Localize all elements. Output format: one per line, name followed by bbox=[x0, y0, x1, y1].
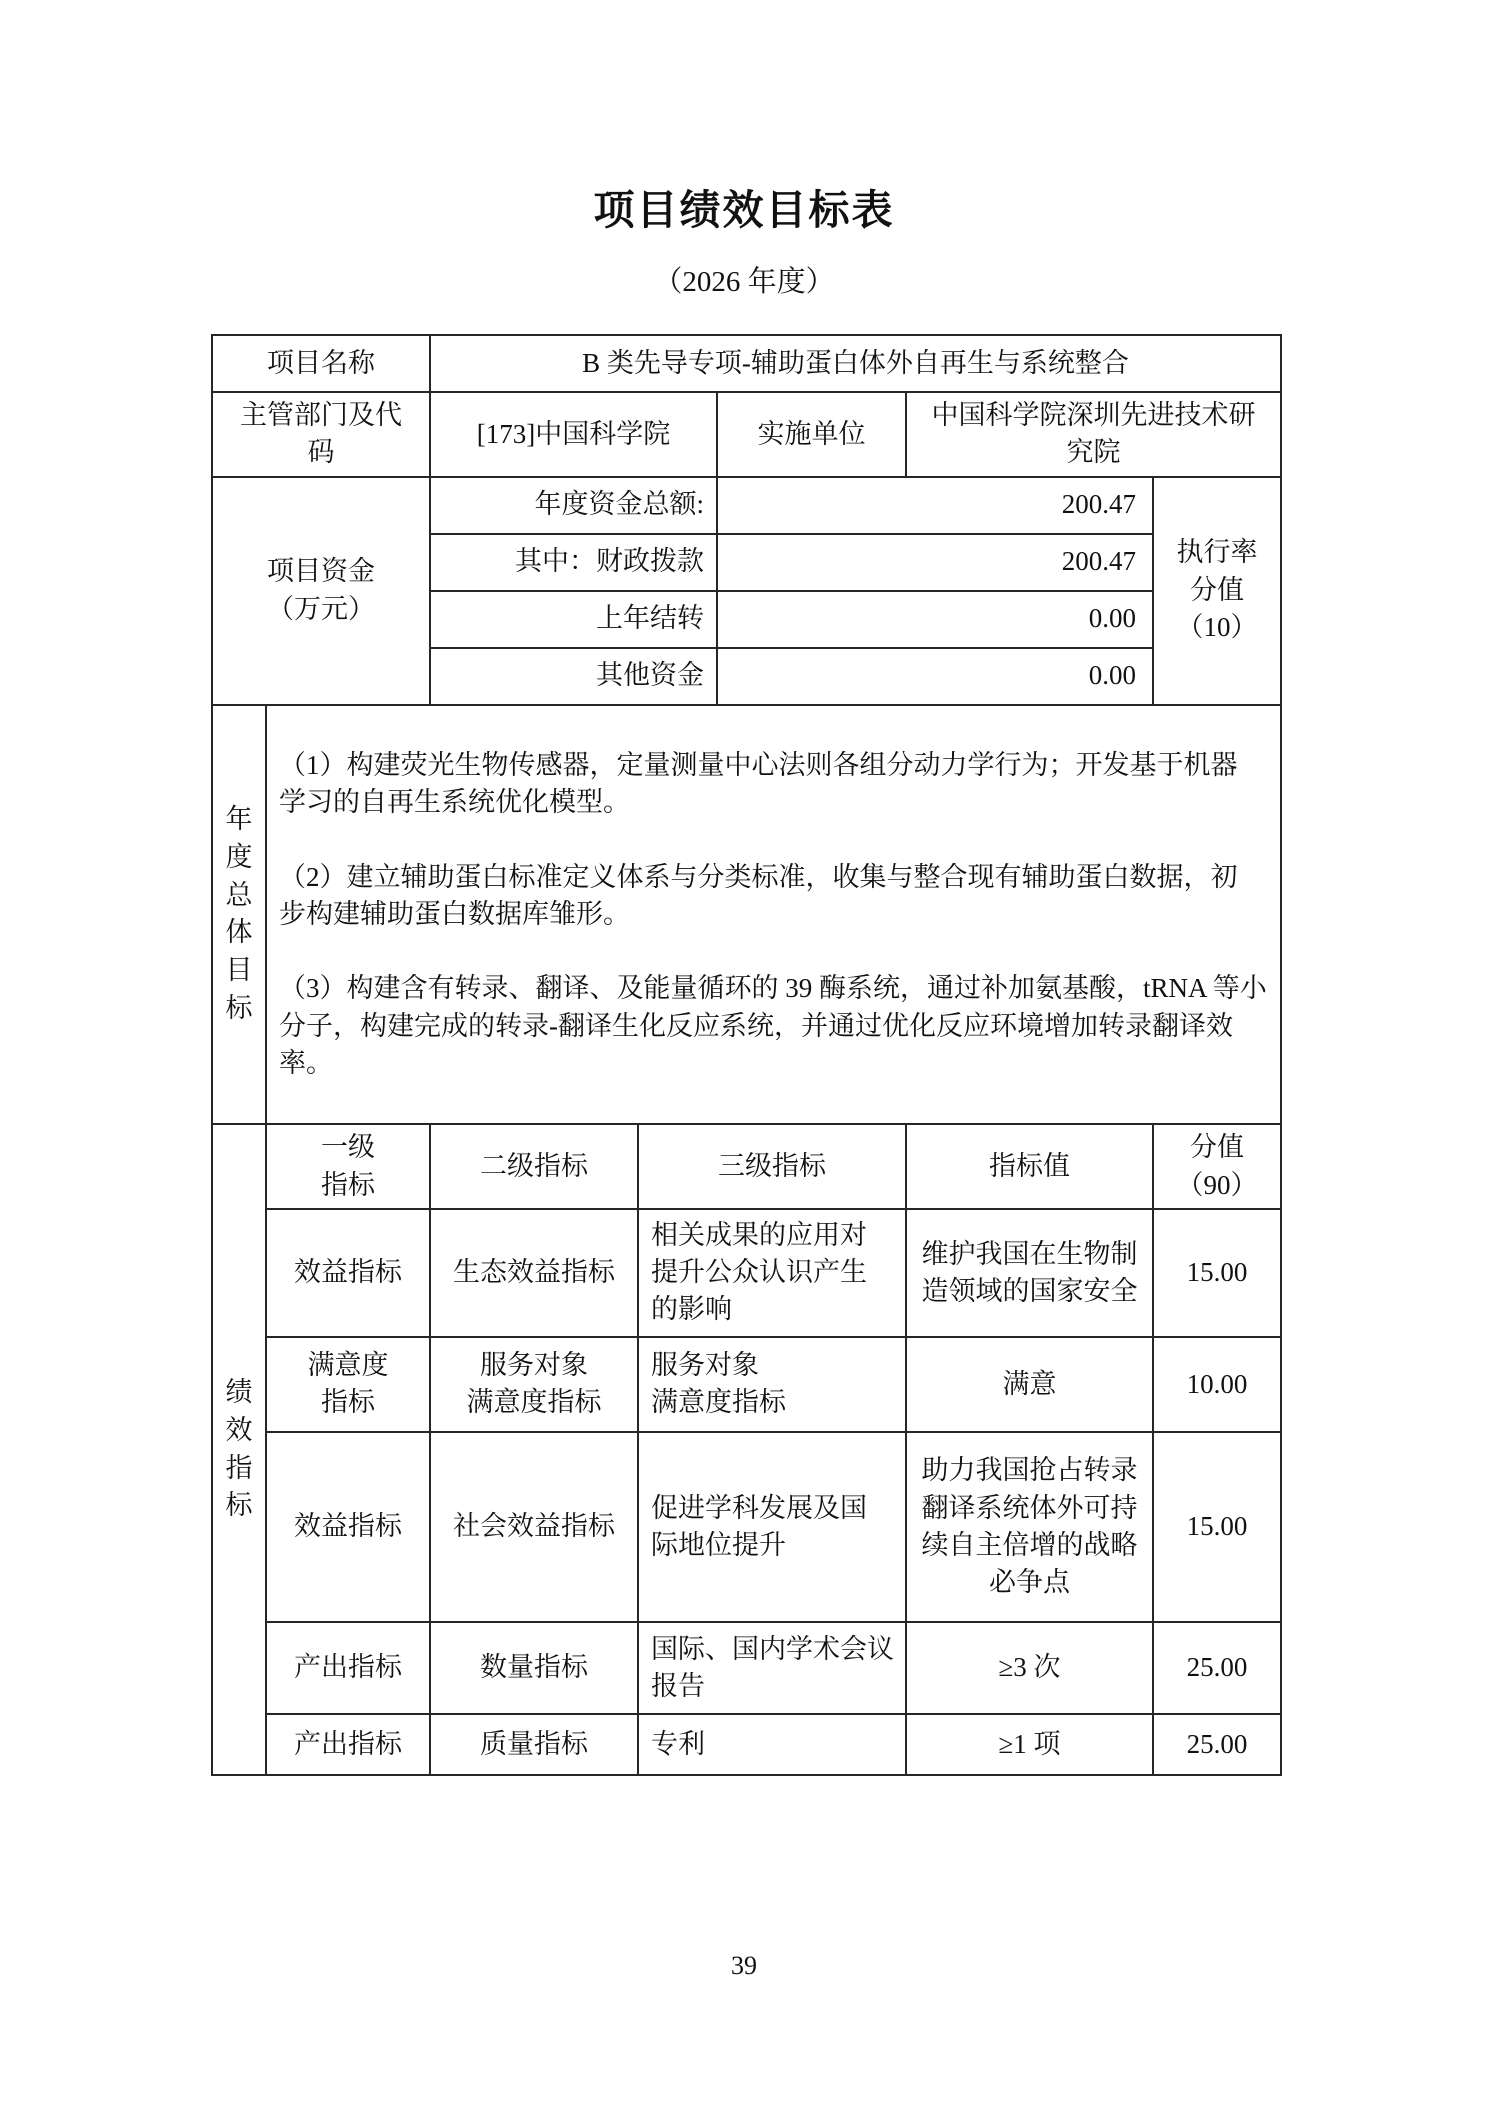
document-page: 项目绩效目标表 （2026 年度） 项目名称 B 类先导专项-辅助蛋白体外自再生… bbox=[0, 0, 1488, 2104]
indicator-row: 效益指标 生态效益指标 相关成果的应用对 提升公众认识产生 的影响 维护我国在生… bbox=[212, 1209, 1281, 1337]
indicator-row: 效益指标 社会效益指标 促进学科发展及国 际地位提升 助力我国抢占转录 翻译系统… bbox=[212, 1432, 1281, 1622]
indicator-score: 15.00 bbox=[1153, 1209, 1281, 1337]
indicator-level2: 数量指标 bbox=[430, 1622, 638, 1714]
indicator-level3: 国际、国内学术会议 报告 bbox=[638, 1622, 906, 1714]
header-level2: 二级指标 bbox=[430, 1124, 638, 1209]
header-score: 分值 （90） bbox=[1153, 1124, 1281, 1209]
indicator-value: 助力我国抢占转录 翻译系统体外可持 续自主倍增的战略 必争点 bbox=[906, 1432, 1153, 1622]
indicators-vertical-text: 绩效指标 bbox=[223, 1374, 254, 1525]
indicator-row: 产出指标 质量指标 专利 ≥1 项 25.00 bbox=[212, 1714, 1281, 1775]
indicator-level3: 相关成果的应用对 提升公众认识产生 的影响 bbox=[638, 1209, 906, 1337]
indicators-header-row: 绩效指标 一级 指标 二级指标 三级指标 指标值 分值 （90） bbox=[212, 1124, 1281, 1209]
department-value: [173]中国科学院 bbox=[430, 392, 717, 477]
implementing-unit-label: 实施单位 bbox=[717, 392, 906, 477]
project-name-label: 项目名称 bbox=[212, 335, 430, 392]
indicator-score: 25.00 bbox=[1153, 1622, 1281, 1714]
funding-item-label: 年度资金总额: bbox=[430, 477, 717, 534]
funding-label: 项目资金 （万元） bbox=[212, 477, 430, 705]
funding-item-value: 0.00 bbox=[717, 591, 1153, 648]
indicator-level3: 服务对象 满意度指标 bbox=[638, 1337, 906, 1432]
indicator-level1: 产出指标 bbox=[266, 1714, 430, 1775]
funding-item-value: 200.47 bbox=[717, 477, 1153, 534]
annual-goal-label: 年度总体目标 bbox=[212, 705, 266, 1125]
project-name-value: B 类先导专项-辅助蛋白体外自再生与系统整合 bbox=[430, 335, 1281, 392]
performance-target-table: 项目名称 B 类先导专项-辅助蛋白体外自再生与系统整合 主管部门及代 码 [17… bbox=[211, 334, 1282, 1776]
indicator-value: 维护我国在生物制 造领域的国家安全 bbox=[906, 1209, 1153, 1337]
indicator-value: ≥3 次 bbox=[906, 1622, 1153, 1714]
indicator-score: 15.00 bbox=[1153, 1432, 1281, 1622]
funding-item-label: 其中：财政拨款 bbox=[430, 534, 717, 591]
funding-item-label: 上年结转 bbox=[430, 591, 717, 648]
page-number: 39 bbox=[0, 1948, 1488, 1984]
indicator-level1: 效益指标 bbox=[266, 1209, 430, 1337]
goal-paragraph: （3）构建含有转录、翻译、及能量循环的 39 酶系统，通过补加氨基酸，tRNA … bbox=[279, 970, 1268, 1082]
implementing-unit-value: 中国科学院深圳先进技术研 究院 bbox=[906, 392, 1281, 477]
funding-row: 项目资金 （万元） 年度资金总额: 200.47 执行率 分值 （10） bbox=[212, 477, 1281, 534]
department-label: 主管部门及代 码 bbox=[212, 392, 430, 477]
indicator-row: 产出指标 数量指标 国际、国内学术会议 报告 ≥3 次 25.00 bbox=[212, 1622, 1281, 1714]
page-subtitle: （2026 年度） bbox=[0, 262, 1488, 302]
indicator-level1: 满意度 指标 bbox=[266, 1337, 430, 1432]
header-value: 指标值 bbox=[906, 1124, 1153, 1209]
indicator-level1: 效益指标 bbox=[266, 1432, 430, 1622]
indicators-label: 绩效指标 bbox=[212, 1124, 266, 1775]
header-level3: 三级指标 bbox=[638, 1124, 906, 1209]
indicator-level3: 专利 bbox=[638, 1714, 906, 1775]
funding-item-label: 其他资金 bbox=[430, 648, 717, 705]
indicator-level3: 促进学科发展及国 际地位提升 bbox=[638, 1432, 906, 1622]
header-level1: 一级 指标 bbox=[266, 1124, 430, 1209]
indicator-level2: 生态效益指标 bbox=[430, 1209, 638, 1337]
indicator-score: 10.00 bbox=[1153, 1337, 1281, 1432]
annual-goal-text: （1）构建荧光生物传感器，定量测量中心法则各组分动力学行为；开发基于机器 学习的… bbox=[266, 705, 1281, 1125]
indicator-row: 满意度 指标 服务对象 满意度指标 服务对象 满意度指标 满意 10.00 bbox=[212, 1337, 1281, 1432]
goal-paragraph: （2）建立辅助蛋白标准定义体系与分类标准，收集与整合现有辅助蛋白数据，初 步构建… bbox=[279, 859, 1268, 934]
indicator-score: 25.00 bbox=[1153, 1714, 1281, 1775]
funding-item-value: 0.00 bbox=[717, 648, 1153, 705]
indicator-level2: 社会效益指标 bbox=[430, 1432, 638, 1622]
indicator-value: ≥1 项 bbox=[906, 1714, 1153, 1775]
funding-item-value: 200.47 bbox=[717, 534, 1153, 591]
goal-paragraph: （1）构建荧光生物传感器，定量测量中心法则各组分动力学行为；开发基于机器 学习的… bbox=[279, 747, 1268, 822]
table-row: 项目名称 B 类先导专项-辅助蛋白体外自再生与系统整合 bbox=[212, 335, 1281, 392]
execution-rate-score-label: 执行率 分值 （10） bbox=[1153, 477, 1281, 705]
indicator-level2: 质量指标 bbox=[430, 1714, 638, 1775]
indicator-value: 满意 bbox=[906, 1337, 1153, 1432]
indicator-level1: 产出指标 bbox=[266, 1622, 430, 1714]
annual-goal-row: 年度总体目标 （1）构建荧光生物传感器，定量测量中心法则各组分动力学行为；开发基… bbox=[212, 705, 1281, 1125]
indicator-level2: 服务对象 满意度指标 bbox=[430, 1337, 638, 1432]
page-title: 项目绩效目标表 bbox=[0, 182, 1488, 239]
annual-goal-vertical-text: 年度总体目标 bbox=[223, 801, 254, 1028]
table-row: 主管部门及代 码 [173]中国科学院 实施单位 中国科学院深圳先进技术研 究院 bbox=[212, 392, 1281, 477]
